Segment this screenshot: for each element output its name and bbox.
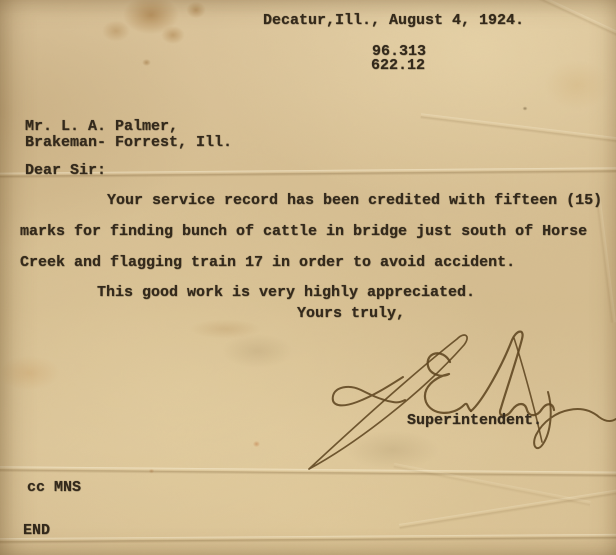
recipient-name: Mr. L. A. Palmer, [25, 119, 178, 135]
salutation: Dear Sir: [25, 163, 106, 179]
letter-page: Decatur,Ill., August 4, 1924. 96.313 622… [0, 0, 616, 555]
file-number-2: 622.12 [371, 58, 425, 74]
body-line-2: marks for finding bunch of cattle in bri… [20, 224, 587, 240]
cc-line: cc MNS [27, 480, 81, 496]
recipient-address: Brakeman- Forrest, Ill. [25, 135, 232, 151]
dateline: Decatur,Ill., August 4, 1924. [263, 13, 524, 29]
body-line-3: Creek and flagging train 17 in order to … [20, 255, 515, 271]
body-line-4: This good work is very highly appreciate… [97, 285, 475, 301]
signer-title: Superintendent. [407, 413, 542, 429]
closing: Yours truly, [297, 306, 405, 322]
body-line-1: Your service record has been credited wi… [107, 193, 602, 209]
handwritten-signature [285, 322, 616, 477]
end-marker: END [23, 523, 50, 539]
